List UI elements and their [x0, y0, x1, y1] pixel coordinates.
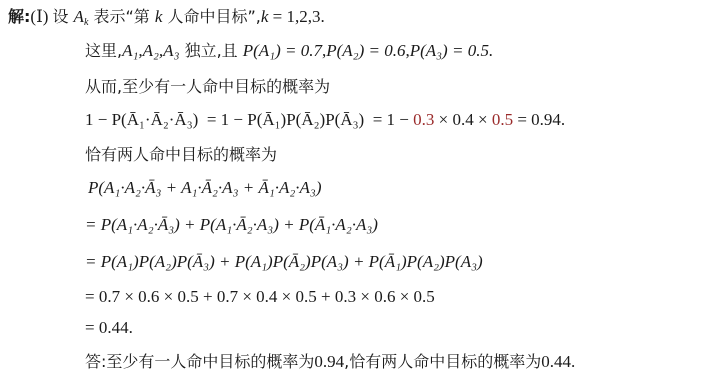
part-label: (Ⅰ) — [30, 7, 48, 26]
at-least-one-heading: 从而,至少有一人命中目标的概率为 — [85, 76, 330, 98]
expansion-step-2: = P(A₁)P(A₂)P(Ā₃) + P(A₁)P(Ā₂)P(A₃) + P(… — [85, 251, 483, 273]
exactly-two-heading: 恰有两人命中目标的概率为 — [85, 144, 277, 166]
at-least-one-formula: 1 − P(Ā₁·Ā₂·Ā₃) = 1 − P(Ā₁)P(Ā₂)P(Ā₃) = … — [85, 109, 565, 131]
highlighted-value: 0.3 — [413, 110, 434, 129]
expansion-step-1: = P(A₁·A₂·Ā₃) + P(A₁·Ā₂·A₃) + P(Ā₁·A₂·A₃… — [85, 214, 378, 236]
highlighted-value: 0.5 — [492, 110, 513, 129]
independence-line: 这里,A₁,A₂,A₃ 独立,且 P(A₁) = 0.7,P(A₂) = 0.6… — [85, 40, 493, 62]
exactly-two-expression: P(A₁·A₂·Ā₃ + A₁·Ā₂·A₃ + Ā₁·A₂·A₃) — [88, 177, 322, 199]
numeric-result: = 0.44. — [85, 317, 133, 339]
final-answer: 答:至少有一人命中目标的概率为0.94,恰有两人命中目标的概率为0.44. — [85, 351, 575, 373]
solution-label: 解: — [8, 7, 30, 26]
numeric-substitution: = 0.7 × 0.6 × 0.5 + 0.7 × 0.4 × 0.5 + 0.… — [85, 286, 435, 308]
solution-header-line: 解:(Ⅰ)设 Ak 表示“第 k 人命中目标”,k = 1,2,3. — [8, 6, 325, 28]
